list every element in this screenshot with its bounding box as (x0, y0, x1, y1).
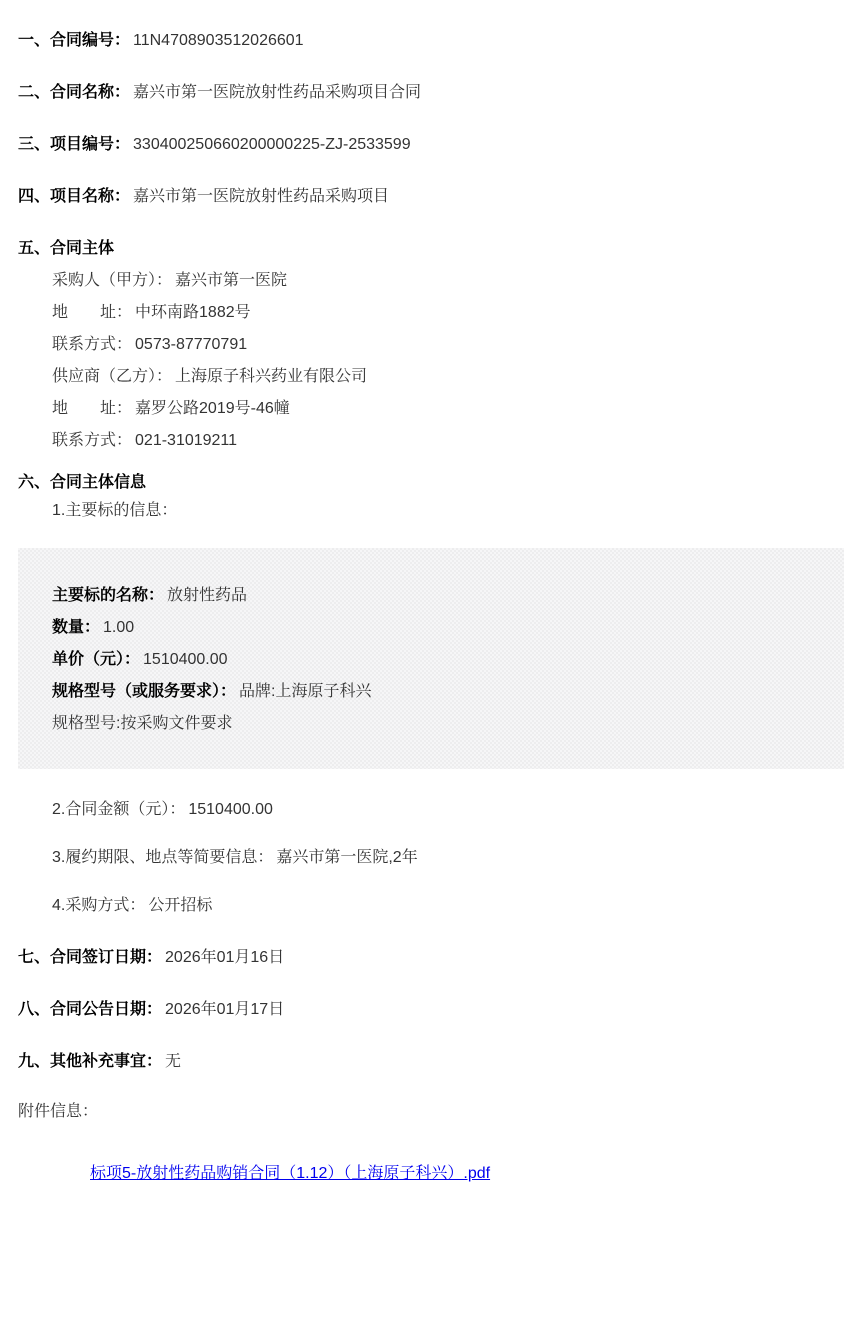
project-number-row: 三、项目编号：330400250660200000225-ZJ-2533599 (18, 134, 844, 156)
spec-note-row: 规格型号:按采购文件要求 (52, 713, 824, 735)
quantity-value: 1.00 (103, 619, 134, 636)
buyer-value: 嘉兴市第一医院 (175, 272, 287, 289)
contract-amount-row: 2.合同金额（元）：1510400.00 (18, 799, 844, 821)
buyer-address-value: 中环南路1882号 (135, 304, 251, 321)
supplier-contact-label: 联系方式： (52, 432, 132, 449)
attachment-heading: 附件信息： (18, 1101, 844, 1123)
subject-name-label: 主要标的名称： (52, 587, 164, 604)
contract-amount-label: 2.合同金额（元）： (52, 801, 185, 818)
buyer-contact-label: 联系方式： (52, 336, 132, 353)
unit-price-row: 单价（元）：1510400.00 (52, 649, 824, 671)
project-name-row: 四、项目名称：嘉兴市第一医院放射性药品采购项目 (18, 186, 844, 208)
project-number-value: 330400250660200000225-ZJ-2533599 (133, 136, 411, 153)
other-notes-label: 九、其他补充事宜： (18, 1053, 162, 1070)
buyer-address-row: 地 址：中环南路1882号 (18, 302, 844, 324)
announce-date-value: 2026年01月17日 (165, 1001, 284, 1018)
unit-price-label: 单价（元）： (52, 651, 140, 668)
buyer-row: 采购人（甲方）：嘉兴市第一医院 (18, 270, 844, 292)
supplier-value: 上海原子科兴药业有限公司 (175, 368, 367, 385)
attachment-row: 标项5-放射性药品购销合同（1.12）（上海原子科兴）.pdf (18, 1163, 844, 1185)
parties-section-heading: 五、合同主体 (18, 238, 844, 260)
sign-date-row: 七、合同签订日期：2026年01月16日 (18, 947, 844, 969)
sign-date-label: 七、合同签订日期： (18, 949, 162, 966)
quantity-row: 数量：1.00 (52, 617, 824, 639)
procurement-method-value: 公开招标 (148, 897, 212, 914)
contract-number-row: 一、合同编号：11N4708903512026601 (18, 30, 844, 52)
buyer-contact-row: 联系方式：0573-87770791 (18, 334, 844, 356)
other-notes-row: 九、其他补充事宜：无 (18, 1051, 844, 1073)
announce-date-row: 八、合同公告日期：2026年01月17日 (18, 999, 844, 1021)
contract-name-label: 二、合同名称： (18, 84, 130, 101)
supplier-row: 供应商（乙方）：上海原子科兴药业有限公司 (18, 366, 844, 388)
contract-announcement-page: 一、合同编号：11N4708903512026601 二、合同名称：嘉兴市第一医… (0, 0, 844, 1329)
buyer-label: 采购人（甲方）： (52, 272, 172, 289)
contract-amount-value: 1510400.00 (188, 801, 273, 818)
supplier-label: 供应商（乙方）： (52, 368, 172, 385)
procurement-method-row: 4.采购方式：公开招标 (18, 895, 844, 917)
unit-price-value: 1510400.00 (143, 651, 228, 668)
main-subject-info-box: 主要标的名称：放射性药品 数量：1.00 单价（元）：1510400.00 规格… (18, 548, 844, 769)
supplier-contact-row: 联系方式：021-31019211 (18, 430, 844, 452)
project-name-value: 嘉兴市第一医院放射性药品采购项目 (133, 188, 389, 205)
contract-number-label: 一、合同编号： (18, 32, 130, 49)
performance-info-label: 3.履约期限、地点等简要信息： (52, 849, 273, 866)
quantity-label: 数量： (52, 619, 100, 636)
contract-name-row: 二、合同名称：嘉兴市第一医院放射性药品采购项目合同 (18, 82, 844, 104)
main-subject-intro: 1.主要标的信息： (18, 500, 844, 522)
subject-name-value: 放射性药品 (167, 587, 247, 604)
supplier-address-value: 嘉罗公路2019号-46幢 (135, 400, 290, 417)
procurement-method-label: 4.采购方式： (52, 897, 145, 914)
other-notes-value: 无 (165, 1053, 181, 1070)
supplier-address-label: 地 址： (52, 400, 132, 417)
spec-model-label: 规格型号（或服务要求）： (52, 683, 236, 700)
contract-name-value: 嘉兴市第一医院放射性药品采购项目合同 (133, 84, 421, 101)
spec-model-row: 规格型号（或服务要求）：品牌:上海原子科兴 (52, 681, 824, 703)
contract-number-value: 11N4708903512026601 (133, 32, 304, 49)
supplier-contact-value: 021-31019211 (135, 432, 237, 449)
subject-section-heading: 六、合同主体信息 (18, 472, 844, 494)
performance-info-row: 3.履约期限、地点等简要信息：嘉兴市第一医院,2年 (18, 847, 844, 869)
buyer-contact-value: 0573-87770791 (135, 336, 247, 353)
announce-date-label: 八、合同公告日期： (18, 1001, 162, 1018)
subject-name-row: 主要标的名称：放射性药品 (52, 585, 824, 607)
buyer-address-label: 地 址： (52, 304, 132, 321)
sign-date-value: 2026年01月16日 (165, 949, 284, 966)
spec-note-value: 规格型号:按采购文件要求 (52, 715, 232, 732)
attachment-pdf-link[interactable]: 标项5-放射性药品购销合同（1.12）（上海原子科兴）.pdf (90, 1165, 490, 1182)
supplier-address-row: 地 址：嘉罗公路2019号-46幢 (18, 398, 844, 420)
spec-model-value: 品牌:上海原子科兴 (239, 683, 371, 700)
project-number-label: 三、项目编号： (18, 136, 130, 153)
performance-info-value: 嘉兴市第一医院,2年 (276, 849, 417, 866)
project-name-label: 四、项目名称： (18, 188, 130, 205)
